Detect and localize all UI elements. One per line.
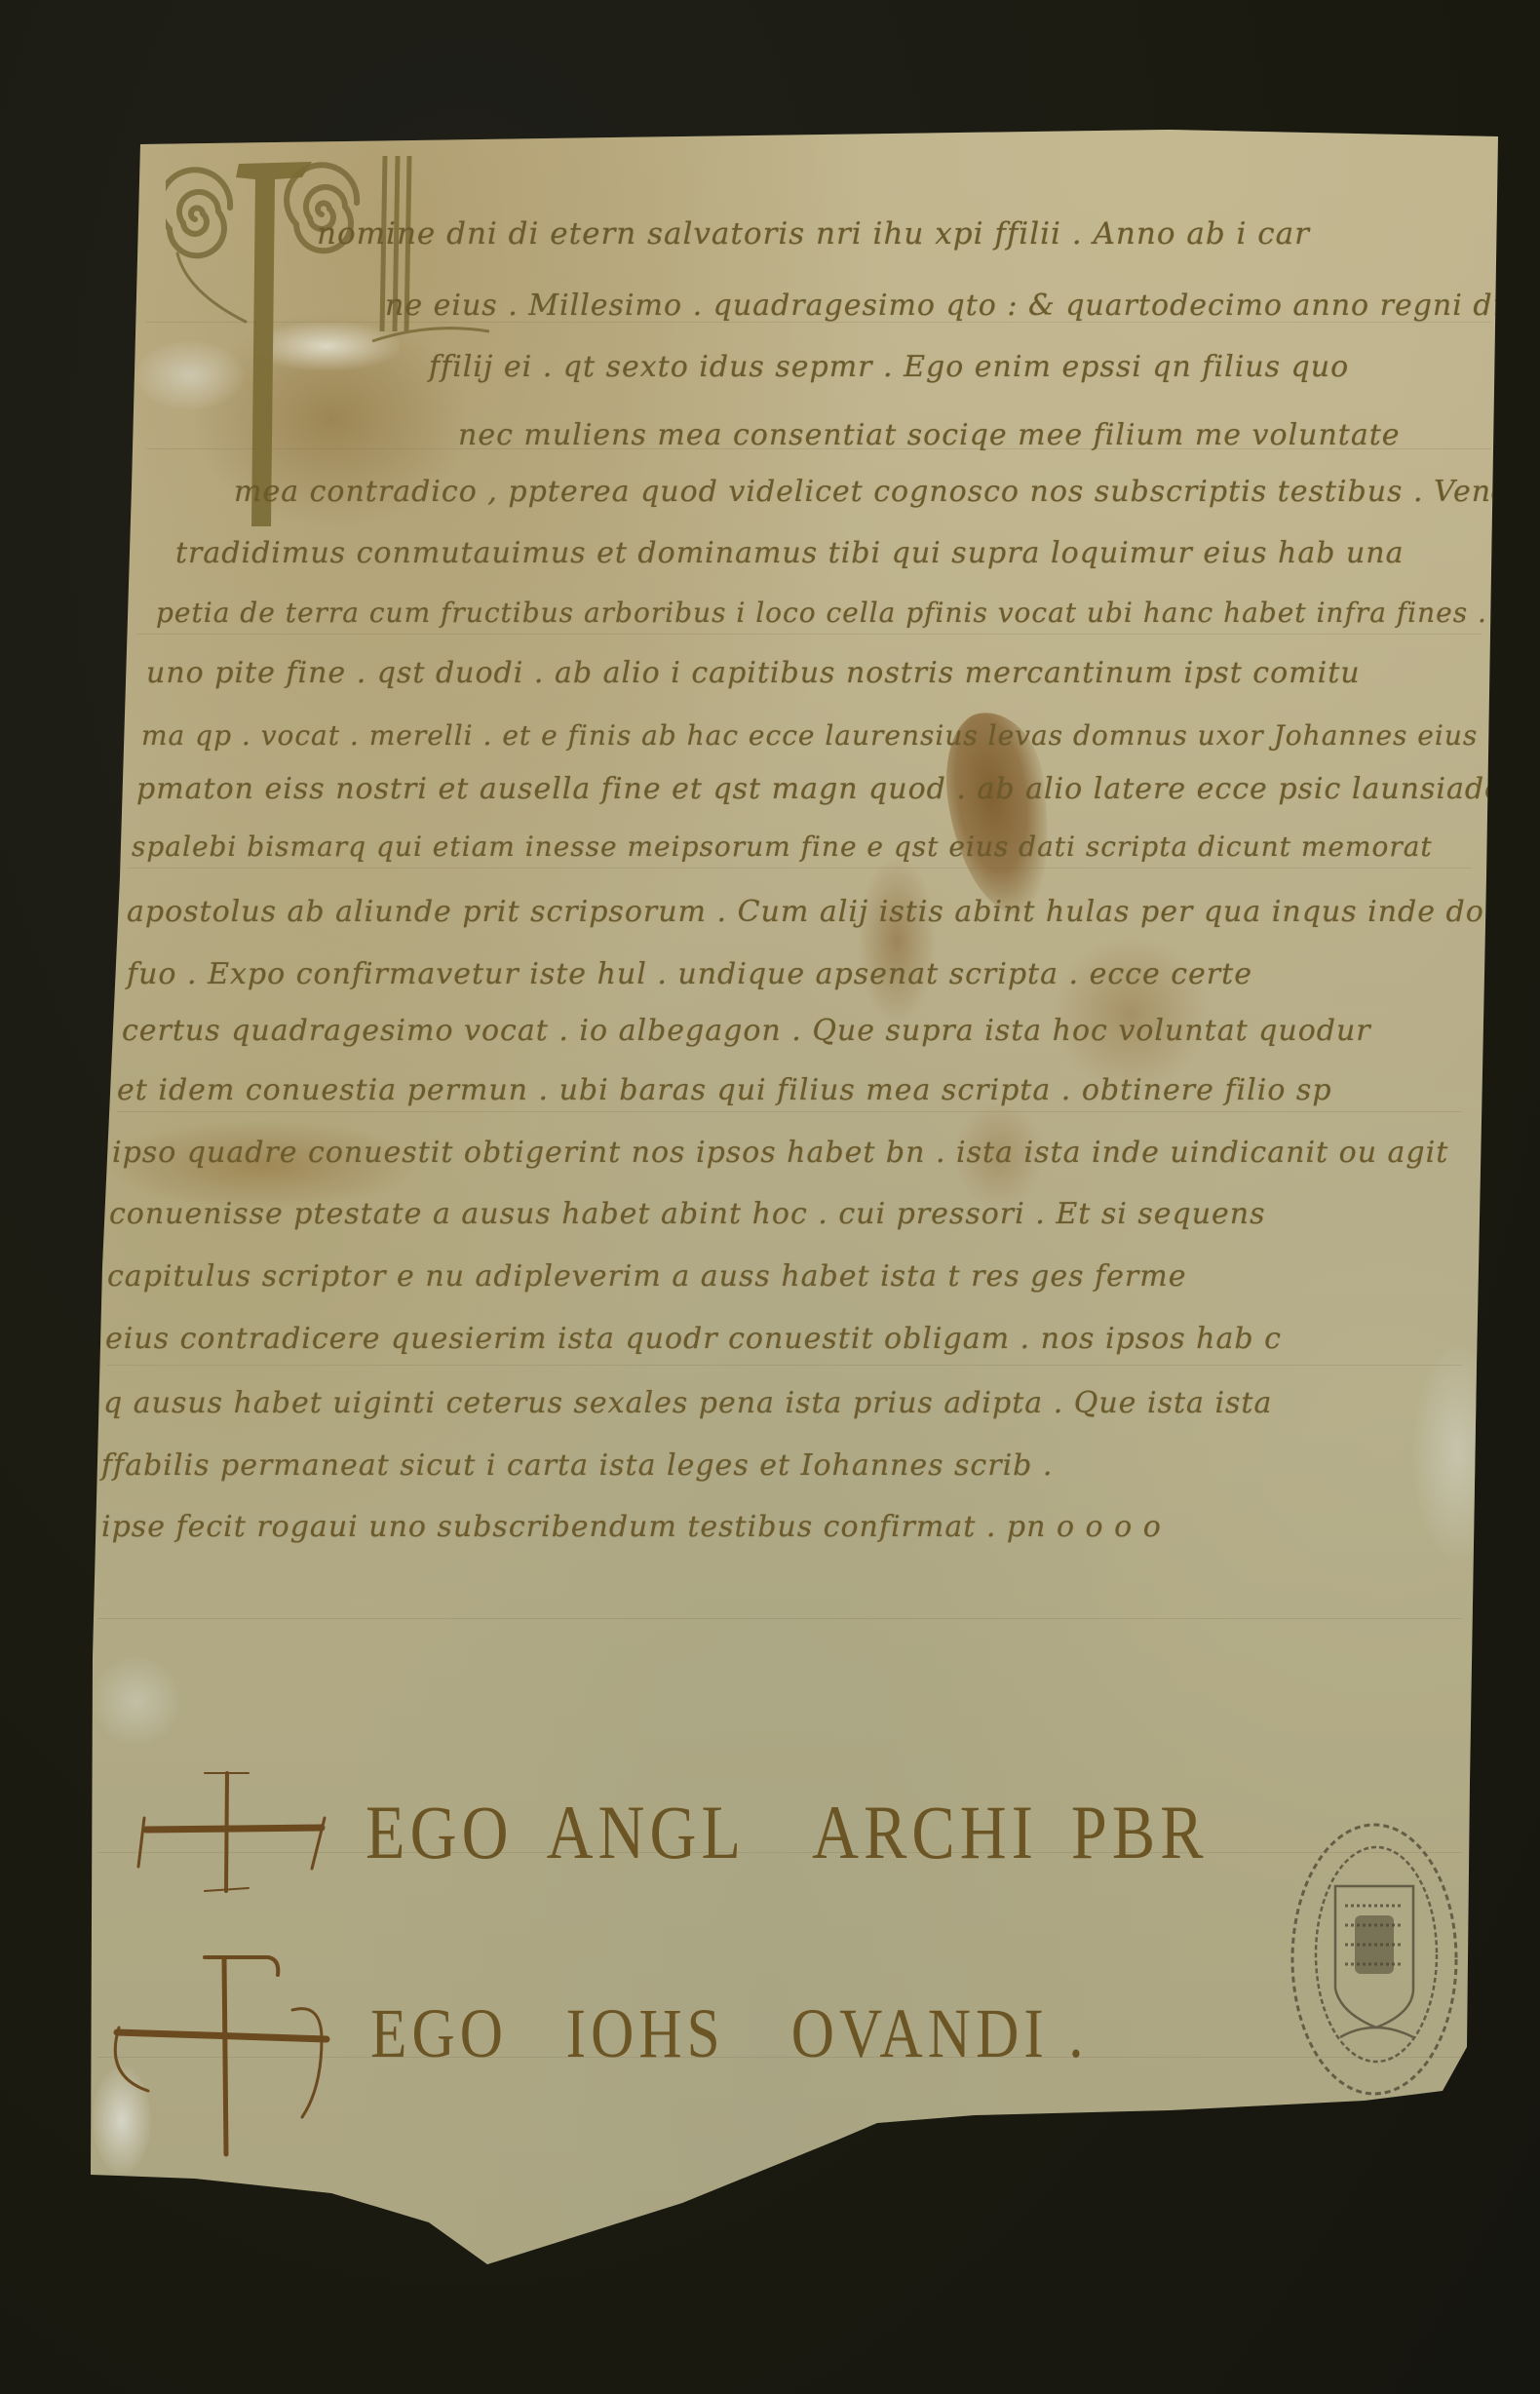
parchment-sheet: nomine dni di etern salvatoris nri ihu x… <box>0 0 1540 2394</box>
worn-area <box>1413 1345 1501 1560</box>
subscription-word: ARCHI <box>812 1790 1038 1874</box>
ruling-line <box>127 868 1472 869</box>
signum-cross-icon <box>127 1759 341 1906</box>
charter-line: ma qp . vocat . merelli . et e finis ab … <box>141 719 1540 752</box>
charter-line: ipse fecit rogaui uno subscribendum test… <box>101 1510 1162 1544</box>
subscription-word: ANGL <box>547 1790 747 1874</box>
ruling-line <box>117 1111 1462 1112</box>
charter-line: et idem conuestia permun . ubi baras qui… <box>117 1073 1332 1107</box>
document-viewer: nomine dni di etern salvatoris nri ihu x… <box>0 0 1540 2394</box>
charter-line: ne eius . Millesimo . quadragesimo qto :… <box>385 289 1540 323</box>
charter-line: mea contradico , ppterea quod videlicet … <box>234 475 1540 509</box>
ruling-line <box>107 1365 1462 1366</box>
charter-line: uno pite fine . qst duodi . ab alio i ca… <box>146 656 1361 690</box>
charter-line: nec muliens mea consentiat sociqe mee fi… <box>458 418 1401 452</box>
ruling-line <box>97 1618 1462 1619</box>
charter-line: eius contradicere quesierim ista quodr c… <box>105 1322 1282 1356</box>
worn-area <box>93 1657 180 1745</box>
subscription-word: PBR <box>1071 1790 1209 1874</box>
charter-line: ffilij ei . qt sexto idus sepmr . Ego en… <box>429 350 1349 384</box>
charter-line: tradidimus conmutauimus et dominamus tib… <box>175 536 1404 570</box>
subscription-word: EGO <box>366 1790 514 1874</box>
subscription-word: OVANDI . <box>791 1994 1089 2072</box>
signum-cross-icon <box>107 1950 341 2159</box>
charter-line: fuo . Expo confirmavetur iste hul . undi… <box>127 957 1252 991</box>
charter-line: nomine dni di etern salvatoris nri ihu x… <box>317 216 1310 251</box>
initial-stroke <box>236 162 312 526</box>
charter-line: certus quadragesimo vocat . io albegagon… <box>122 1014 1371 1048</box>
charter-line: ipso quadre conuestit obtigerint nos ips… <box>112 1136 1448 1170</box>
charter-line: capitulus scriptor e nu adipleverim a au… <box>107 1259 1186 1294</box>
charter-line: ffabilis permaneat sicut i carta ista le… <box>101 1448 1053 1483</box>
stain <box>858 858 936 1023</box>
subscription-word: IOHS <box>566 1994 725 2072</box>
charter-line: conuenisse ptestate a ausus habet abint … <box>109 1197 1266 1231</box>
subscription-word: EGO <box>370 1994 508 2072</box>
archival-stamp-seal <box>1287 1818 1462 2101</box>
charter-line: pmaton eiss nostri et ausella fine et qs… <box>136 772 1529 806</box>
subscription-line-1: EGOANGLARCHIPBR <box>366 1789 1209 1876</box>
subscription-line-2: EGOIOHSOVANDI . <box>370 1993 1089 2074</box>
charter-line: q ausus habet uiginti ceterus sexales pe… <box>103 1386 1272 1420</box>
charter-line: apostolus ab aliunde prit scripsorum . C… <box>127 895 1533 929</box>
charter-line: petia de terra cum fructibus arboribus i… <box>156 597 1540 629</box>
ruling-line <box>136 634 1482 635</box>
charter-line: spalebi bismarq qui etiam inesse meipsor… <box>132 830 1433 863</box>
